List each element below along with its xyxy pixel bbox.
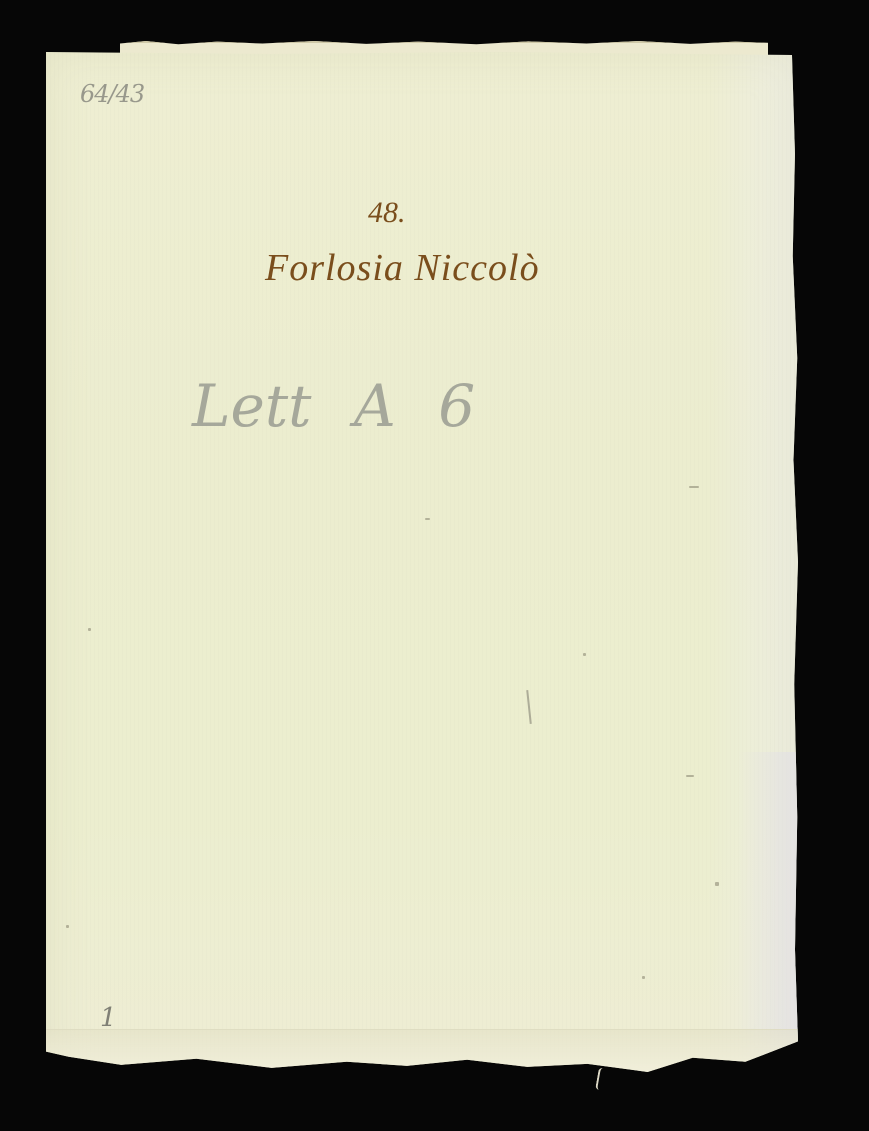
paper-speck (686, 775, 694, 777)
paper-speck (583, 653, 586, 656)
document-sheet (46, 52, 798, 1072)
folder-name: Forlosia Niccolò (265, 246, 540, 290)
archive-number: 64/43 (80, 80, 144, 108)
paper-speck (88, 628, 91, 631)
paper-shade (738, 752, 798, 1072)
paper-speck (425, 518, 430, 520)
pencil-reference: Lett A 6 (192, 372, 475, 440)
paper-speck (715, 882, 719, 886)
paper-texture (46, 52, 798, 1072)
paper-speck (66, 925, 69, 928)
paper-speck (642, 976, 645, 979)
paper-speck (689, 486, 699, 488)
page-number: 1 (100, 1003, 117, 1033)
folder-number: 48. (368, 196, 406, 230)
